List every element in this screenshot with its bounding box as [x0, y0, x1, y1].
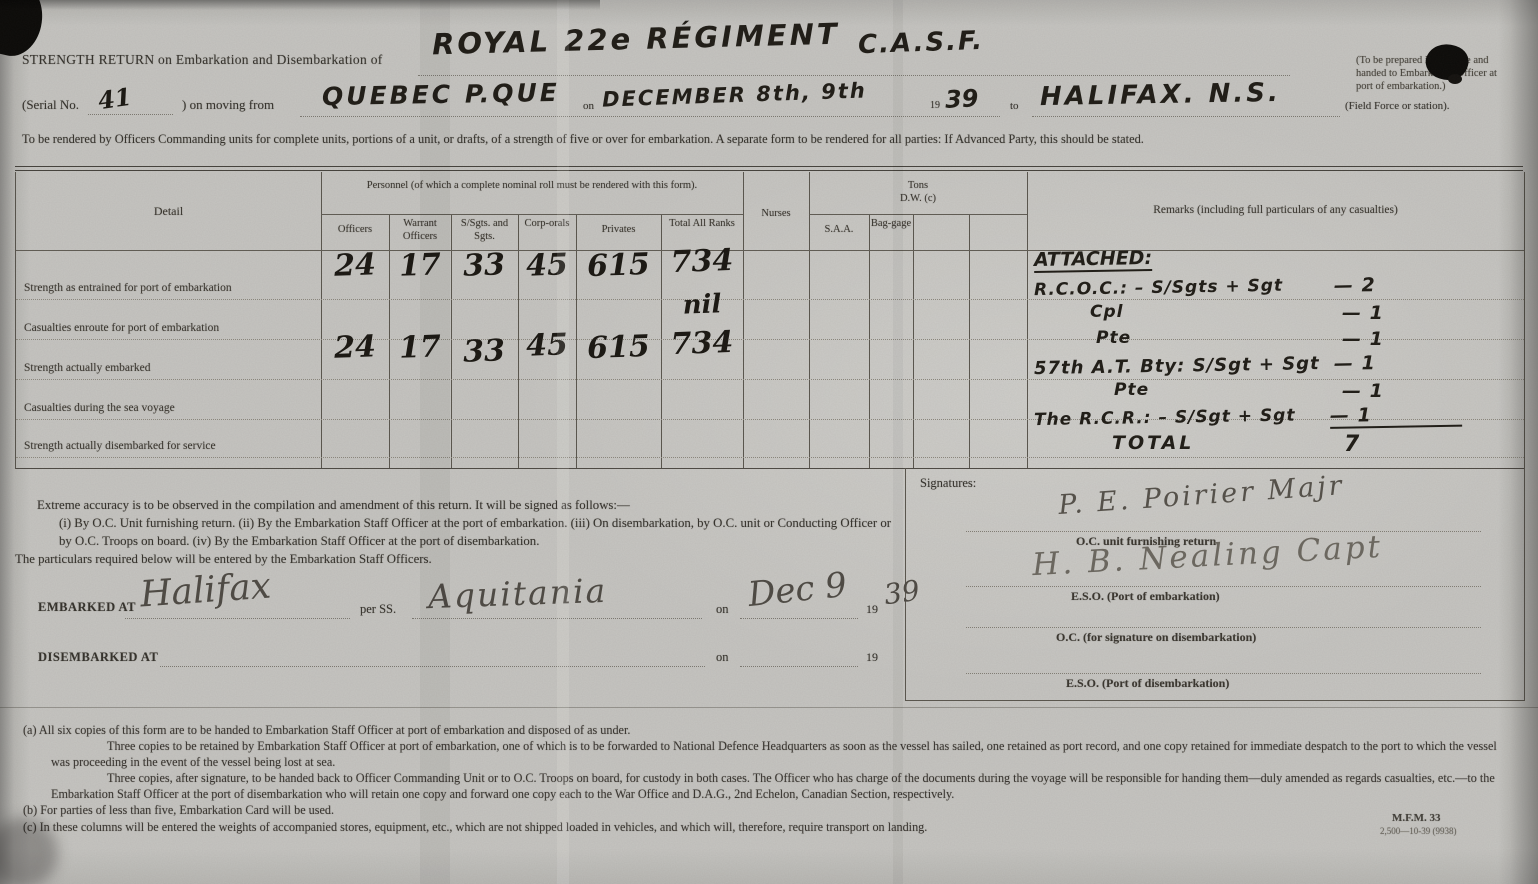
header-on-label: on — [583, 100, 594, 112]
footnotes: (a) All six copies of this form are to b… — [15, 722, 1520, 835]
year-handwritten: 39 — [944, 84, 979, 114]
serial-handwritten: 41 — [96, 82, 133, 115]
value-entrained-privates: 615 — [580, 247, 656, 285]
footnote-separator — [0, 707, 1538, 708]
embarked-place-rule — [125, 617, 350, 619]
date-handwritten: DECEMBER 8th, 9th — [602, 78, 867, 111]
row-label-casualties-voyage: Casualties during the sea voyage — [24, 402, 175, 414]
form-print-code: 2,500—10-39 (9938) — [1380, 826, 1457, 836]
value-embarked-total: 734 — [665, 325, 738, 362]
signature-line-2 — [966, 585, 1481, 587]
serial-label: (Serial No. — [22, 97, 79, 113]
row-label-entrained: Strength as entrained for port of embark… — [24, 282, 232, 294]
form-number: M.F.M. 33 — [1392, 812, 1440, 824]
table-top-double-rule — [15, 166, 1523, 171]
scan-streak — [420, 0, 450, 884]
serial-rule — [88, 113, 173, 115]
embark-date-handwritten: Dec 9 — [746, 565, 849, 615]
detail-header: Detail — [16, 204, 321, 218]
footnote-a1: (a) All six copies of this form are to b… — [15, 722, 1520, 738]
per-ss-label: per SS. — [360, 602, 396, 617]
value-entrained-total: 734 — [665, 243, 738, 280]
remarks-qty: — 1 — [1342, 328, 1384, 350]
remarks-qty: — 1 — [1342, 380, 1384, 402]
disembarked-at-label: DISEMBARKED AT — [38, 650, 158, 665]
embark-year-printed: 19 — [866, 602, 878, 617]
tons-group-underline — [809, 214, 1027, 215]
remarks-qty: — 1 — [1334, 352, 1376, 375]
value-casualties-enroute-total: nil — [665, 289, 738, 321]
remarks-total-value: 7 — [1344, 432, 1360, 457]
tons-header-line1: Tons — [809, 180, 1027, 193]
col-header-privates: Privates — [576, 224, 661, 237]
remarks-total-label: TOTAL — [1112, 432, 1194, 454]
signature-line-1 — [966, 530, 1481, 532]
col-line — [913, 214, 914, 468]
personnel-group-underline — [321, 214, 743, 215]
ship-name-handwritten: Aquitania — [427, 571, 607, 616]
tons-header-line2: D.W. (c) — [809, 193, 1027, 206]
disembarked-on-label: on — [716, 650, 729, 665]
col-header-officers: Officers — [321, 224, 389, 237]
col-line — [969, 214, 970, 468]
remarks-unit: R.C.O.C.: – S/Sgts + Sgt — [1034, 276, 1283, 300]
col-line — [661, 214, 662, 468]
col-header-total: Total All Ranks — [661, 218, 743, 231]
unit-name-handwritten: ROYAL 22e RÉGIMENT — [432, 17, 840, 62]
sig-label-oc-disembark: O.C. (for signature on disembarkation) — [1056, 630, 1256, 645]
remarks-header: Remarks (including full particulars of a… — [1027, 204, 1524, 218]
form-title: STRENGTH RETURN on Embarkation and Disem… — [22, 52, 383, 68]
remarks-unit: The R.C.R.: – S/Sgt + Sgt — [1034, 406, 1296, 431]
remarks-qty: — 2 — [1334, 274, 1376, 297]
destination-handwritten: HALIFAX. N.S. — [1040, 78, 1281, 112]
remarks-line: R.C.O.C.: – S/Sgts + Sgt — 2 — [1034, 272, 1504, 306]
value-entrained-officers: 24 — [327, 247, 382, 284]
scan-streak — [893, 0, 903, 884]
value-entrained-ssgts: 33 — [455, 247, 512, 284]
nurses-header: Nurses — [743, 208, 809, 221]
accuracy-line-3: The particulars required below will be e… — [15, 550, 903, 568]
remarks-qty: — 1 — [1330, 403, 1462, 429]
remarks-unit: Pte — [1096, 328, 1131, 348]
col-line — [576, 214, 577, 468]
remarks-total-line: TOTAL 7 — [1034, 432, 1504, 458]
footnote-b: (b) For parties of less than five, Embar… — [15, 802, 1520, 818]
row-label-disembarked: Strength actually disembarked for servic… — [24, 440, 216, 452]
col-line — [451, 214, 452, 468]
title-rule — [418, 74, 1290, 76]
embark-date-rule — [740, 617, 858, 619]
signature-line-3 — [966, 626, 1481, 628]
col-line — [518, 214, 519, 468]
remarks-line: Pte — 1 — [1034, 380, 1504, 406]
footnote-a2: Three copies to be retained by Embarkati… — [15, 738, 1516, 770]
remarks-line: Cpl — 1 — [1034, 302, 1504, 328]
remarks-qty: — 1 — [1342, 302, 1384, 324]
personnel-group-header: Personnel (of which a complete nominal r… — [331, 180, 733, 193]
remarks-unit: 57th A.T. Bty: S/Sgt + Sgt — [1034, 353, 1320, 379]
col-header-ssgts: S/Sgts. and Sgts. — [451, 218, 518, 243]
scan-streak — [1498, 0, 1538, 884]
accuracy-line-1: Extreme accuracy is to be observed in th… — [15, 496, 903, 514]
col-header-saa: S.A.A. — [809, 224, 869, 237]
remarks-unit: Cpl — [1090, 302, 1123, 322]
remarks-notes: ATTACHED: R.C.O.C.: – S/Sgts + Sgt — 2 C… — [1034, 248, 1504, 458]
col-line — [321, 172, 322, 468]
scan-streak — [557, 0, 569, 884]
sig-label-eso-disembark: E.S.O. (Port of disembarkation) — [1066, 676, 1229, 691]
remarks-unit: Pte — [1114, 380, 1149, 400]
remarks-line: Pte — 1 — [1034, 328, 1504, 354]
footnote-a3: Three copies, after signature, to be han… — [15, 770, 1516, 802]
row-label-casualties-enroute: Casualties enroute for port of embarkati… — [24, 322, 219, 334]
accuracy-line-2: (i) By O.C. Unit furnishing return. (ii)… — [15, 514, 903, 550]
station-note: (Field Force or station). — [1345, 100, 1449, 112]
col-line — [809, 172, 810, 468]
col-header-baggage: Bag-gage — [869, 218, 913, 231]
rendering-instructions: To be rendered by Officers Commanding un… — [22, 132, 1300, 148]
sig-label-eso-embark: E.S.O. (Port of embarkation) — [1071, 589, 1220, 604]
embarked-place-handwritten: Halifax — [139, 565, 273, 615]
ink-blot-tail — [1448, 74, 1462, 84]
footnote-c: (c) In these columns will be entered the… — [15, 819, 1520, 835]
remarks-line: 57th A.T. Bty: S/Sgt + Sgt — 1 — [1034, 350, 1504, 384]
col-line — [869, 214, 870, 468]
strength-return-form: STRENGTH RETURN on Embarkation and Disem… — [0, 0, 1538, 884]
top-edge-smear — [0, 0, 600, 10]
casf-handwritten: C.A.S.F. — [858, 26, 985, 60]
disembark-year-printed: 19 — [866, 650, 878, 665]
value-embarked-ssgts: 33 — [455, 333, 512, 370]
year-printed: 19 — [930, 100, 940, 111]
remarks-title: ATTACHED: — [1034, 247, 1152, 273]
value-embarked-officers: 24 — [327, 329, 382, 366]
embarked-at-label: EMBARKED AT — [38, 600, 136, 615]
value-embarked-privates: 615 — [580, 329, 656, 367]
embarked-on-label: on — [716, 602, 729, 617]
remarks-line: The R.C.R.: – S/Sgt + Sgt — 1 — [1034, 402, 1504, 436]
serial-line-rule-2 — [1032, 115, 1340, 117]
signatures-heading: Signatures: — [920, 476, 976, 491]
to-label: to — [1010, 100, 1019, 112]
col-line — [389, 214, 390, 468]
signature-line-4 — [966, 672, 1481, 674]
moving-from-label: ) on moving from — [182, 97, 274, 113]
row-label-actually-embarked: Strength actually embarked — [24, 362, 150, 374]
disembark-date-rule — [740, 665, 858, 667]
accuracy-note: Extreme accuracy is to be observed in th… — [15, 496, 903, 569]
